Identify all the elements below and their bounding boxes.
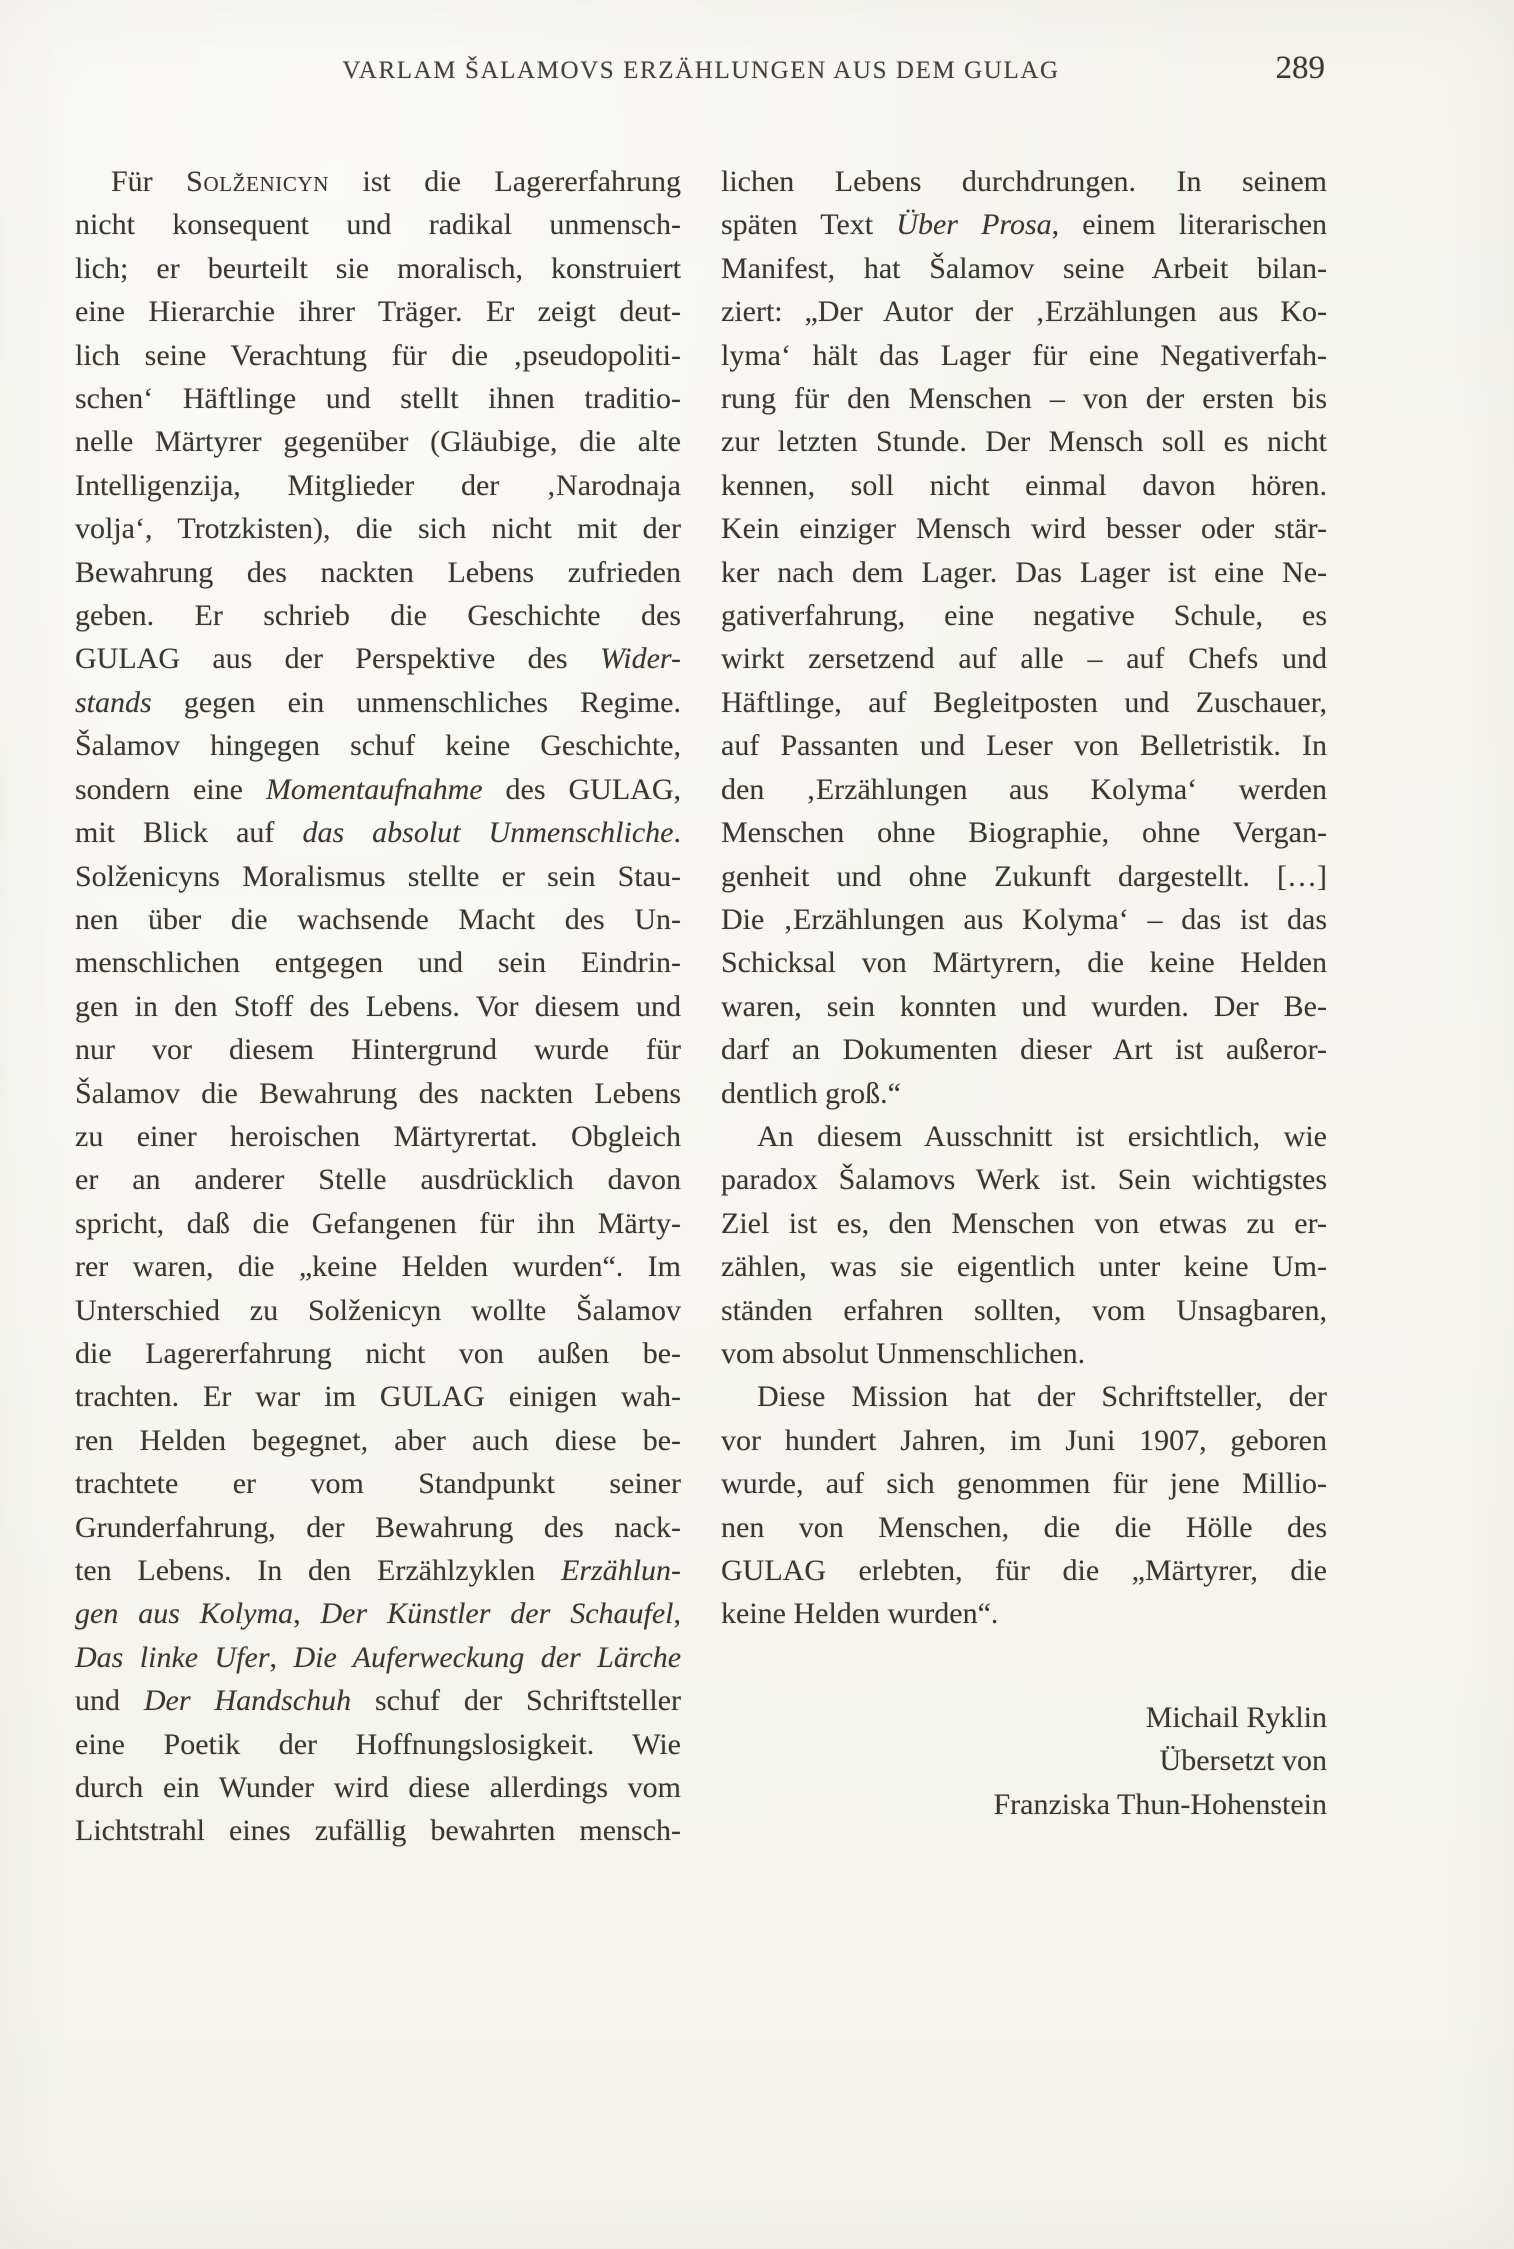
text-line: vor hundert Jahren, im Juni 1907, gebore… — [721, 1419, 1327, 1462]
text-run: keine Helden wurden“. — [721, 1597, 998, 1630]
text-line: ständen erfahren sollten, vom Unsagbaren… — [721, 1289, 1327, 1332]
text-line: Grunderfahrung, der Bewahrung des nack- — [75, 1506, 681, 1549]
text-line: spricht, daß die Gefangenen für ihn Märt… — [75, 1202, 681, 1245]
running-title: VARLAM ŠALAMOVS ERZÄHLUNGEN AUS DEM GULA… — [75, 57, 1327, 85]
text-line: geben. Er schrieb die Geschichte des — [75, 594, 681, 637]
text-run: darf an Dokumenten dieser Art ist außero… — [721, 1033, 1327, 1066]
text-run: Unterschied zu Solženicyn wollte Šalamov — [75, 1294, 681, 1327]
text-line: trachten. Er war im GULAG einigen wah- — [75, 1375, 681, 1418]
text-line: sondern eine Momentaufnahme des GULAG, — [75, 768, 681, 811]
text-line: ten Lebens. In den Erzählzyklen Erzählun… — [75, 1549, 681, 1592]
italic-text: Die Auferweckung der Lärche — [293, 1641, 681, 1674]
text-run: trachtete er vom Standpunkt seiner — [75, 1467, 681, 1500]
text-run: auf Passanten und Leser von Belletristik… — [721, 729, 1327, 762]
text-run: Lichtstrahl eines zufällig bewahrten men… — [75, 1814, 681, 1847]
text-line: dentlich groß.“ — [721, 1072, 1327, 1115]
italic-text: Der Künstler der Schaufel — [321, 1597, 674, 1630]
text-line: Schicksal von Märtyrern, die keine Helde… — [721, 941, 1327, 984]
text-line: stands gegen ein unmenschliches Regime. — [75, 681, 681, 724]
text-run: Ziel ist es, den Menschen von etwas zu e… — [721, 1207, 1327, 1240]
text-line: die Lagererfahrung nicht von außen be- — [75, 1332, 681, 1375]
italic-text: das absolut Unmenschliche — [302, 816, 673, 849]
text-line: gativerfahrung, eine negative Schule, es — [721, 594, 1327, 637]
text-run: schuf der Schriftsteller — [351, 1684, 681, 1717]
text-run: zur letzten Stunde. Der Mensch soll es n… — [721, 425, 1327, 458]
text-line: ker nach dem Lager. Das Lager ist eine N… — [721, 551, 1327, 594]
text-line: auf Passanten und Leser von Belletristik… — [721, 724, 1327, 767]
text-run: gegen ein unmenschliches Regime. — [152, 686, 681, 719]
text-run: lichen Lebens durchdrungen. In seinem — [721, 165, 1327, 198]
signature-translated-by-label: Übersetzt von — [721, 1739, 1327, 1782]
text-line: menschlichen entgegen und sein Eindrin- — [75, 941, 681, 984]
text-run: den ‚Erzählungen aus Kolyma‘ werden — [721, 773, 1327, 806]
text-line: mit Blick auf das absolut Unmenschliche. — [75, 811, 681, 854]
text-line: ren Helden begegnet, aber auch diese be- — [75, 1419, 681, 1462]
text-line: vom absolut Unmenschlichen. — [721, 1332, 1327, 1375]
text-line: lyma‘ hält das Lager für eine Negativerf… — [721, 334, 1327, 377]
text-run: , — [674, 1597, 682, 1630]
text-run: Für — [111, 165, 186, 198]
smallcaps-text: Solženicyn — [186, 165, 329, 198]
text-run: lich seine Verachtung für die ‚pseudopol… — [75, 339, 681, 372]
text-run: nicht konsequent und radikal unmensch- — [75, 208, 681, 241]
text-run: vor hundert Jahren, im Juni 1907, gebore… — [721, 1424, 1327, 1457]
italic-text: gen aus Kolyma — [75, 1597, 293, 1630]
text-run: wurde, auf sich genommen für jene Millio… — [721, 1467, 1327, 1500]
text-run: gen in den Stoff des Lebens. Vor diesem … — [75, 990, 681, 1023]
text-run: rer waren, die „keine Helden wurden“. Im — [75, 1250, 681, 1283]
text-line: keine Helden wurden“. — [721, 1592, 1327, 1635]
text-line: eine Hierarchie ihrer Träger. Er zeigt d… — [75, 290, 681, 333]
text-run: zählen, was sie eigentlich unter keine U… — [721, 1250, 1327, 1283]
text-run: eine Poetik der Hoffnungslosigkeit. Wie — [75, 1728, 681, 1761]
text-run: Šalamov die Bewahrung des nackten Lebens — [75, 1077, 681, 1110]
text-run: Intelligenzija, Mitglieder der ‚Narodnaj… — [75, 469, 681, 502]
text-run: und — [75, 1684, 144, 1717]
book-page: VARLAM ŠALAMOVS ERZÄHLUNGEN AUS DEM GULA… — [0, 0, 1514, 2249]
italic-text: stands — [75, 686, 152, 719]
text-line: nen von Menschen, die die Hölle des — [721, 1506, 1327, 1549]
text-line: Intelligenzija, Mitglieder der ‚Narodnaj… — [75, 464, 681, 507]
text-line: Für Solženicyn ist die Lagererfahrung — [75, 160, 681, 203]
text-run: er an anderer Stelle ausdrücklich davon — [75, 1163, 681, 1196]
text-line: GULAG aus der Perspektive des Wider- — [75, 637, 681, 680]
text-line: wirkt zersetzend auf alle – auf Chefs un… — [721, 637, 1327, 680]
text-line: wurde, auf sich genommen für jene Millio… — [721, 1462, 1327, 1505]
text-run: GULAG erlebten, für die „Märtyrer, die — [721, 1554, 1327, 1587]
text-line: Das linke Ufer, Die Auferweckung der Lär… — [75, 1636, 681, 1679]
text-line: Die ‚Erzählungen aus Kolyma‘ – das ist d… — [721, 898, 1327, 941]
text-run: menschlichen entgegen und sein Eindrin- — [75, 946, 681, 979]
text-run: rung für den Menschen – von der ersten b… — [721, 382, 1327, 415]
text-line: trachtete er vom Standpunkt seiner — [75, 1462, 681, 1505]
text-run: volja‘, Trotzkisten), die sich nicht mit… — [75, 512, 681, 545]
text-line: darf an Dokumenten dieser Art ist außero… — [721, 1028, 1327, 1071]
italic-text: Das linke Ufer — [75, 1641, 270, 1674]
text-run: späten Text — [721, 208, 896, 241]
text-run: sondern eine — [75, 773, 266, 806]
text-run: die Lagererfahrung nicht von außen be- — [75, 1337, 681, 1370]
text-run: nur vor diesem Hintergrund wurde für — [75, 1033, 681, 1066]
text-line: zu einer heroischen Märtyrertat. Obgleic… — [75, 1115, 681, 1158]
text-run: lyma‘ hält das Lager für eine Negativerf… — [721, 339, 1327, 372]
italic-text: Momentaufnahme — [266, 773, 483, 806]
text-line: ziert: „Der Autor der ‚Erzählungen aus K… — [721, 290, 1327, 333]
text-line: volja‘, Trotzkisten), die sich nicht mit… — [75, 507, 681, 550]
text-run: durch ein Wunder wird diese allerdings v… — [75, 1771, 681, 1804]
text-line: paradox Šalamovs Werk ist. Sein wichtigs… — [721, 1158, 1327, 1201]
text-run: Schicksal von Märtyrern, die keine Helde… — [721, 946, 1327, 979]
text-line: Kein einziger Mensch wird besser oder st… — [721, 507, 1327, 550]
text-run: . — [673, 816, 681, 849]
signature-translator-name: Franziska Thun-Hohenstein — [721, 1783, 1327, 1826]
right-column-text: lichen Lebens durchdrungen. In seinemspä… — [721, 160, 1327, 1636]
text-line: nur vor diesem Hintergrund wurde für — [75, 1028, 681, 1071]
text-line: waren, sein konnten und wurden. Der Be- — [721, 985, 1327, 1028]
page-number: 289 — [1276, 50, 1326, 87]
text-run: , einem literarischen — [1052, 208, 1327, 241]
text-line: GULAG erlebten, für die „Märtyrer, die — [721, 1549, 1327, 1592]
text-run: lich; er beurteilt sie moralisch, konstr… — [75, 252, 681, 285]
text-run: Bewahrung des nackten Lebens zufrieden — [75, 556, 681, 589]
text-run: nelle Märtyrer gegenüber (Gläubige, die … — [75, 425, 681, 458]
text-line: gen aus Kolyma, Der Künstler der Schaufe… — [75, 1592, 681, 1635]
text-run: geben. Er schrieb die Geschichte des — [75, 599, 681, 632]
text-line: Šalamov hingegen schuf keine Geschichte, — [75, 724, 681, 767]
text-line: Lichtstrahl eines zufällig bewahrten men… — [75, 1809, 681, 1852]
text-line: An diesem Ausschnitt ist ersichtlich, wi… — [721, 1115, 1327, 1158]
text-line: genheit und ohne Zukunft dargestellt. […… — [721, 855, 1327, 898]
scanned-book-page: { "document": { "header": { "title": "VA… — [0, 0, 1514, 2249]
text-run: ten Lebens. In den Erzählzyklen — [75, 1554, 561, 1587]
text-run: nen von Menschen, die die Hölle des — [721, 1511, 1327, 1544]
text-run: eine Hierarchie ihrer Träger. Er zeigt d… — [75, 295, 681, 328]
text-run: Menschen ohne Biographie, ohne Vergan- — [721, 816, 1327, 849]
italic-text: Über Prosa — [896, 208, 1051, 241]
text-line: zählen, was sie eigentlich unter keine U… — [721, 1245, 1327, 1288]
text-line: durch ein Wunder wird diese allerdings v… — [75, 1766, 681, 1809]
text-line: lichen Lebens durchdrungen. In seinem — [721, 160, 1327, 203]
text-line: rer waren, die „keine Helden wurden“. Im — [75, 1245, 681, 1288]
text-run: , — [270, 1641, 294, 1674]
text-run: ziert: „Der Autor der ‚Erzählungen aus K… — [721, 295, 1327, 328]
text-run: schen‘ Häftlinge und stellt ihnen tradit… — [75, 382, 681, 415]
text-run: Solženicyns Moralismus stellte er sein S… — [75, 860, 681, 893]
text-line: Häftlinge, auf Begleitposten und Zuschau… — [721, 681, 1327, 724]
text-run: spricht, daß die Gefangenen für ihn Märt… — [75, 1207, 681, 1240]
text-run: Manifest, hat Šalamov seine Arbeit bilan… — [721, 252, 1327, 285]
page-header: VARLAM ŠALAMOVS ERZÄHLUNGEN AUS DEM GULA… — [75, 57, 1327, 101]
text-run: kennen, soll nicht einmal davon hören. — [721, 469, 1327, 502]
text-line: lich; er beurteilt sie moralisch, konstr… — [75, 247, 681, 290]
text-run: ker nach dem Lager. Das Lager ist eine N… — [721, 556, 1327, 589]
text-run: GULAG aus der Perspektive des — [75, 642, 600, 675]
text-line: Menschen ohne Biographie, ohne Vergan- — [721, 811, 1327, 854]
text-run: trachten. Er war im GULAG einigen wah- — [75, 1380, 681, 1413]
right-column: lichen Lebens durchdrungen. In seinemspä… — [721, 160, 1327, 1826]
text-line: Unterschied zu Solženicyn wollte Šalamov — [75, 1289, 681, 1332]
signature-author: Michail Ryklin — [721, 1696, 1327, 1739]
text-run: , — [293, 1597, 320, 1630]
text-line: nen über die wachsende Macht des Un- — [75, 898, 681, 941]
text-line: den ‚Erzählungen aus Kolyma‘ werden — [721, 768, 1327, 811]
text-run: Kein einziger Mensch wird besser oder st… — [721, 512, 1327, 545]
signature-block: Michail Ryklin Übersetzt von Franziska T… — [721, 1696, 1327, 1826]
text-run: Häftlinge, auf Begleitposten und Zuschau… — [721, 686, 1327, 719]
text-run: mit Blick auf — [75, 816, 302, 849]
text-run: zu einer heroischen Märtyrertat. Obgleic… — [75, 1120, 681, 1153]
text-run: paradox Šalamovs Werk ist. Sein wichtigs… — [721, 1163, 1327, 1196]
text-run: Die ‚Erzählungen aus Kolyma‘ – das ist d… — [721, 903, 1327, 936]
text-run: ständen erfahren sollten, vom Unsagbaren… — [721, 1294, 1327, 1327]
text-run: waren, sein konnten und wurden. Der Be- — [721, 990, 1327, 1023]
text-run: ren Helden begegnet, aber auch diese be- — [75, 1424, 681, 1457]
left-column: Für Solženicyn ist die Lagererfahrungnic… — [75, 160, 681, 1853]
text-line: späten Text Über Prosa, einem literarisc… — [721, 203, 1327, 246]
text-line: Ziel ist es, den Menschen von etwas zu e… — [721, 1202, 1327, 1245]
text-line: Manifest, hat Šalamov seine Arbeit bilan… — [721, 247, 1327, 290]
text-run: Šalamov hingegen schuf keine Geschichte, — [75, 729, 681, 762]
text-line: zur letzten Stunde. Der Mensch soll es n… — [721, 420, 1327, 463]
text-run: wirkt zersetzend auf alle – auf Chefs un… — [721, 642, 1327, 675]
italic-text: Wider- — [600, 642, 681, 675]
text-line: er an anderer Stelle ausdrücklich davon — [75, 1158, 681, 1201]
text-run: Grunderfahrung, der Bewahrung des nack- — [75, 1511, 681, 1544]
text-line: schen‘ Häftlinge und stellt ihnen tradit… — [75, 377, 681, 420]
text-run: vom absolut Unmenschlichen. — [721, 1337, 1085, 1370]
text-run: dentlich groß.“ — [721, 1077, 901, 1110]
text-line: gen in den Stoff des Lebens. Vor diesem … — [75, 985, 681, 1028]
text-line: Solženicyns Moralismus stellte er sein S… — [75, 855, 681, 898]
text-line: Bewahrung des nackten Lebens zufrieden — [75, 551, 681, 594]
text-line: und Der Handschuh schuf der Schriftstell… — [75, 1679, 681, 1722]
text-line: kennen, soll nicht einmal davon hören. — [721, 464, 1327, 507]
text-run: ist die Lagererfahrung — [329, 165, 681, 198]
text-line: Šalamov die Bewahrung des nackten Lebens — [75, 1072, 681, 1115]
text-run: nen über die wachsende Macht des Un- — [75, 903, 681, 936]
text-run: gativerfahrung, eine negative Schule, es — [721, 599, 1327, 632]
text-line: lich seine Verachtung für die ‚pseudopol… — [75, 334, 681, 377]
text-run: Diese Mission hat der Schriftsteller, de… — [757, 1380, 1327, 1413]
text-run: genheit und ohne Zukunft dargestellt. […… — [721, 860, 1327, 893]
italic-text: Der Handschuh — [144, 1684, 351, 1717]
text-line: rung für den Menschen – von der ersten b… — [721, 377, 1327, 420]
text-line: nicht konsequent und radikal unmensch- — [75, 203, 681, 246]
text-run: des GULAG, — [483, 773, 681, 806]
text-line: eine Poetik der Hoffnungslosigkeit. Wie — [75, 1723, 681, 1766]
text-run: An diesem Ausschnitt ist ersichtlich, wi… — [757, 1120, 1327, 1153]
text-line: nelle Märtyrer gegenüber (Gläubige, die … — [75, 420, 681, 463]
italic-text: Erzählun- — [561, 1554, 681, 1587]
text-line: Diese Mission hat der Schriftsteller, de… — [721, 1375, 1327, 1418]
